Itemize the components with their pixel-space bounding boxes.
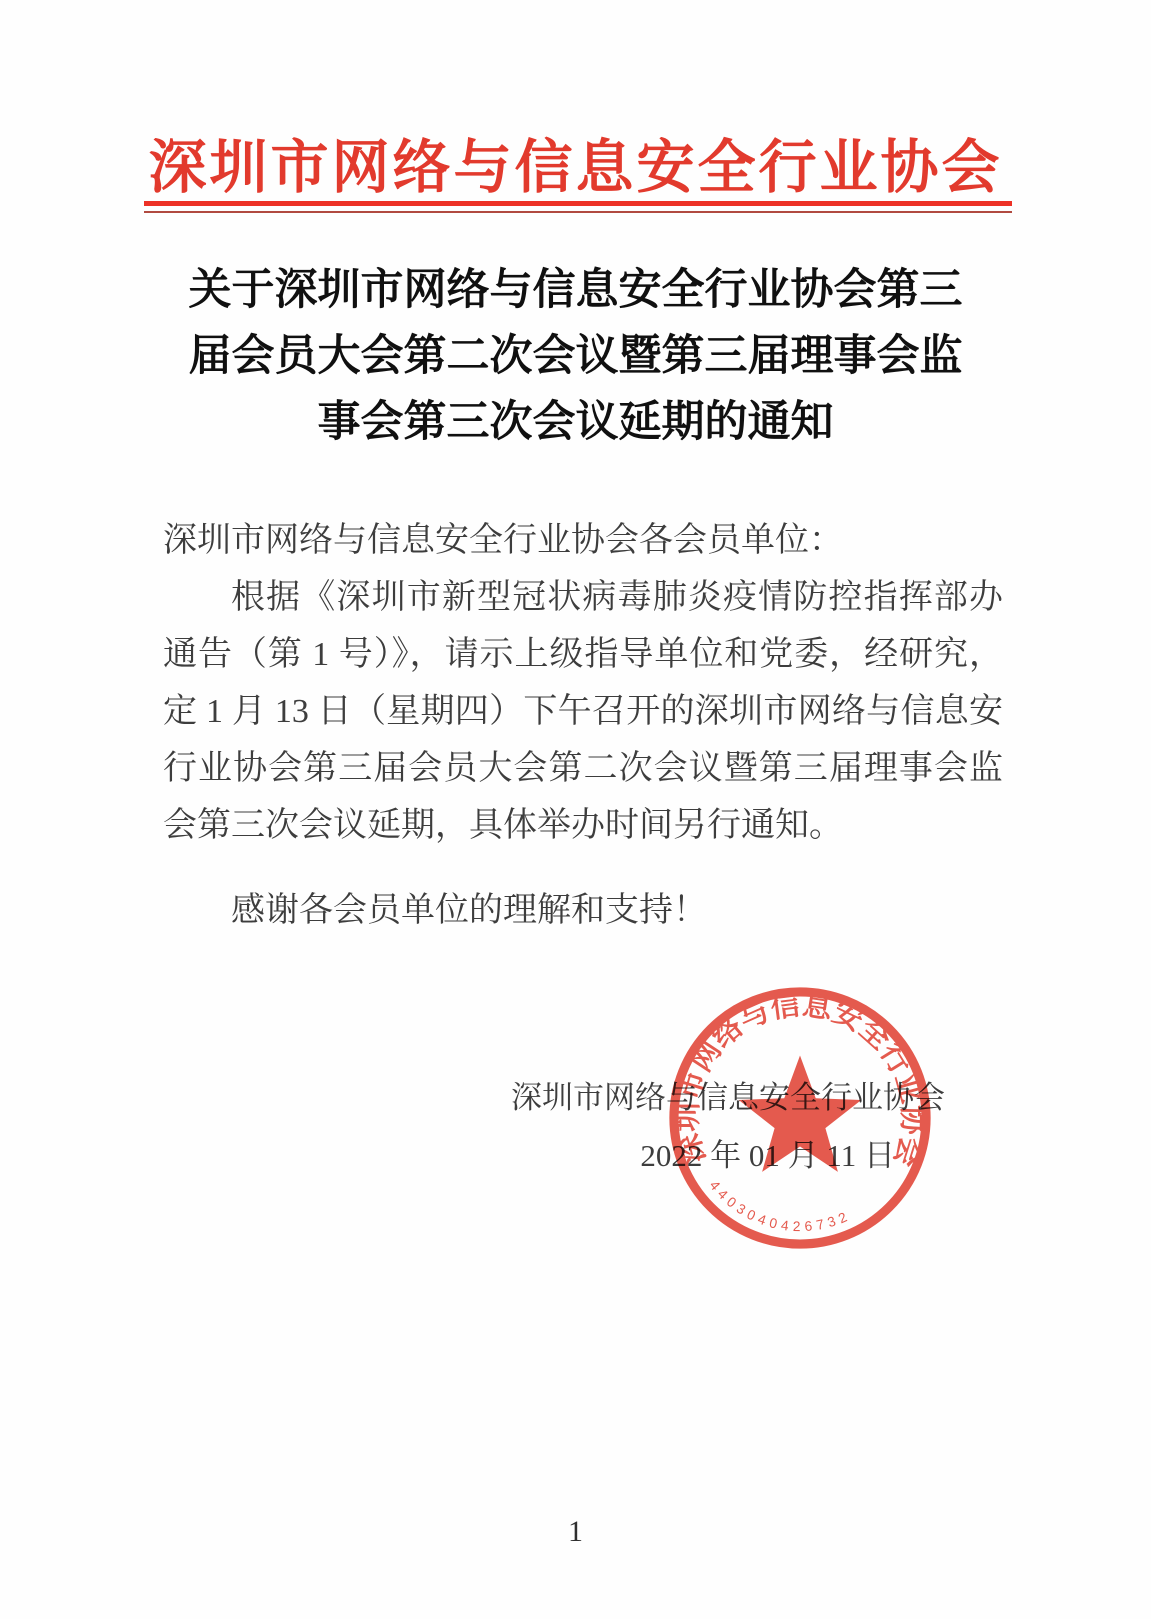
body-line-4: 行业协会第三届会员大会第二次会议暨第三届理事会监事	[163, 740, 1003, 797]
doc-title-line-3: 事会第三次会议延期的通知	[0, 390, 1151, 456]
seal-ring	[674, 992, 926, 1244]
salutation-line: 深圳市网络与信息安全行业协会各会员单位：	[163, 512, 1003, 569]
doc-title-line-1: 关于深圳市网络与信息安全行业协会第三	[0, 258, 1151, 324]
signature-date: 2022 年 01 月 11 日	[0, 1136, 1151, 1176]
thanks-line: 感谢各会员单位的理解和支持！	[163, 882, 1003, 939]
letterhead-org-name: 深圳市网络与信息安全行业协会	[0, 120, 1151, 204]
seal-serial-number: 4403040426732	[707, 1178, 854, 1234]
body-line-1: 根据《深圳市新型冠状病毒肺炎疫情防控指挥部办公室	[163, 569, 1003, 626]
body-line-3: 定 1 月 13 日（星期四）下午召开的深圳市网络与信息安全	[163, 683, 1003, 740]
letterhead-rule-thin	[144, 211, 1012, 213]
seal-serial-holder: 4403040426732	[707, 1178, 854, 1234]
body-line-2: 通告（第 1 号）》，请示上级指导单位和党委，经研究，原	[163, 626, 1003, 683]
notice-document-page: 深圳市网络与信息安全行业协会 关于深圳市网络与信息安全行业协会第三 届会员大会第…	[0, 0, 1151, 1619]
doc-title: 关于深圳市网络与信息安全行业协会第三 届会员大会第二次会议暨第三届理事会监 事会…	[0, 258, 1151, 456]
signature-org-name: 深圳市网络与信息安全行业协会	[0, 1078, 1151, 1118]
body-text: 深圳市网络与信息安全行业协会各会员单位： 根据《深圳市新型冠状病毒肺炎疫情防控指…	[163, 512, 1003, 854]
doc-title-line-2: 届会员大会第二次会议暨第三届理事会监	[0, 324, 1151, 390]
page-number: 1	[0, 1515, 1151, 1549]
body-line-5: 会第三次会议延期，具体举办时间另行通知。	[163, 797, 1003, 854]
letterhead-rule-thick	[144, 201, 1012, 206]
official-seal: 深圳市网络与信息安全行业协会 4403040426732	[662, 980, 938, 1256]
